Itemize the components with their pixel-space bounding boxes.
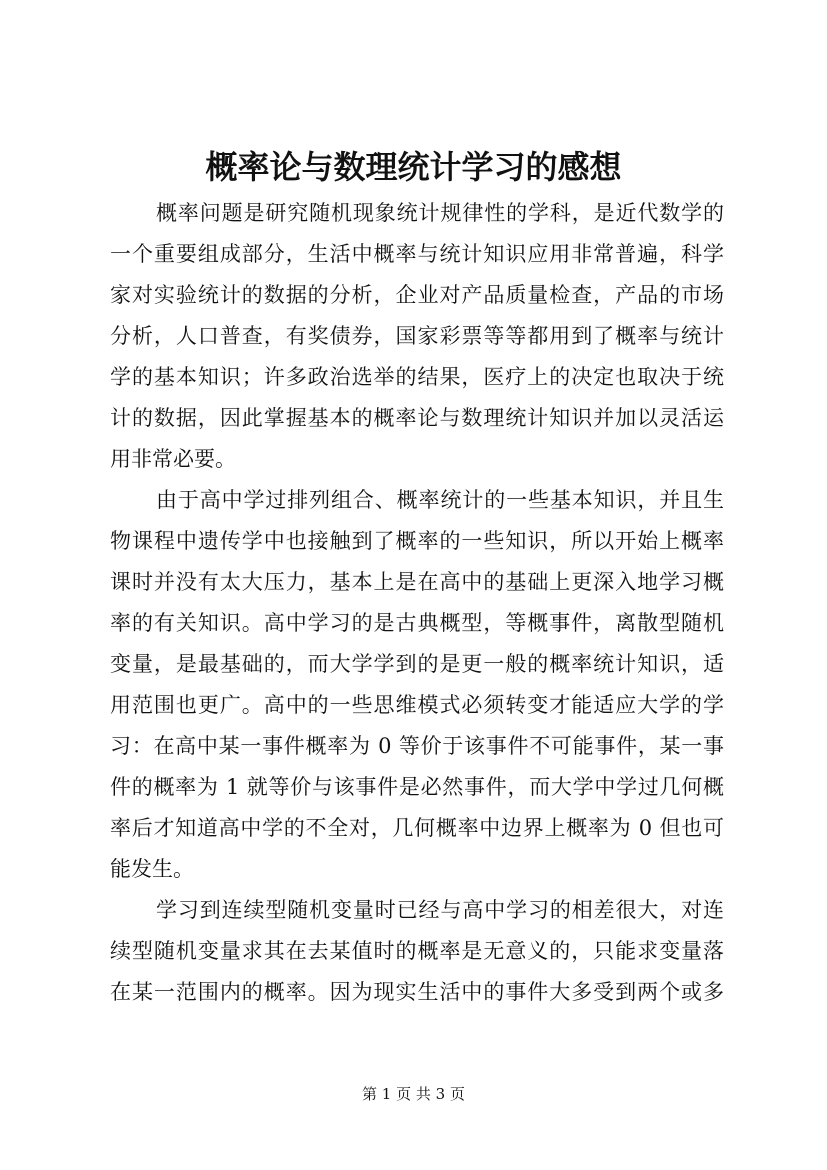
- text-line: 分析，人口普查，有奖债券，国家彩票等等都用到了概率与统计: [110, 316, 724, 357]
- text-line: 件的概率为 1 就等价与该事件是必然事件，而大学中学过几何概: [110, 767, 724, 808]
- document-title: 概率论与数理统计学习的感想: [0, 146, 827, 188]
- text-line: 续型随机变量求其在去某值时的概率是无意义的，只能求变量落: [110, 931, 724, 972]
- page-number-footer: 第 1 页 共 3 页: [0, 1084, 827, 1104]
- text-line: 习：在高中某一事件概率为 0 等价于该事件不可能事件，某一事: [110, 726, 724, 767]
- text-line: 率的有关知识。高中学习的是古典概型，等概事件，离散型随机: [110, 603, 724, 644]
- text-line: 在某一范围内的概率。因为现实生活中的事件大多受到两个或多: [110, 972, 724, 1013]
- text-line: 学习到连续型随机变量时已经与高中学习的相差很大，对连: [110, 890, 724, 931]
- document-body: 概率问题是研究随机现象统计规律性的学科，是近代数学的 一个重要组成部分，生活中概…: [110, 193, 724, 1013]
- text-line: 计的数据，因此掌握基本的概率论与数理统计知识并加以灵活运: [110, 398, 724, 439]
- text-line: 能发生。: [110, 849, 724, 890]
- paragraph-1: 概率问题是研究随机现象统计规律性的学科，是近代数学的 一个重要组成部分，生活中概…: [110, 193, 724, 480]
- document-page: 概率论与数理统计学习的感想 概率问题是研究随机现象统计规律性的学科，是近代数学的…: [0, 0, 827, 1170]
- text-line: 概率问题是研究随机现象统计规律性的学科，是近代数学的: [110, 193, 724, 234]
- text-line: 由于高中学过排列组合、概率统计的一些基本知识，并且生: [110, 480, 724, 521]
- paragraph-2: 由于高中学过排列组合、概率统计的一些基本知识，并且生 物课程中遗传学中也接触到了…: [110, 480, 724, 890]
- text-line: 学的基本知识；许多政治选举的结果，医疗上的决定也取决于统: [110, 357, 724, 398]
- text-line: 课时并没有太大压力，基本上是在高中的基础上更深入地学习概: [110, 562, 724, 603]
- text-line: 用范围也更广。高中的一些思维模式必须转变才能适应大学的学: [110, 685, 724, 726]
- text-line: 一个重要组成部分，生活中概率与统计知识应用非常普遍，科学: [110, 234, 724, 275]
- paragraph-3: 学习到连续型随机变量时已经与高中学习的相差很大，对连 续型随机变量求其在去某值时…: [110, 890, 724, 1013]
- text-line: 用非常必要。: [110, 439, 724, 480]
- text-line: 物课程中遗传学中也接触到了概率的一些知识，所以开始上概率: [110, 521, 724, 562]
- text-line: 家对实验统计的数据的分析，企业对产品质量检查，产品的市场: [110, 275, 724, 316]
- text-line: 变量，是最基础的，而大学学到的是更一般的概率统计知识，适: [110, 644, 724, 685]
- text-line: 率后才知道高中学的不全对，几何概率中边界上概率为 0 但也可: [110, 808, 724, 849]
